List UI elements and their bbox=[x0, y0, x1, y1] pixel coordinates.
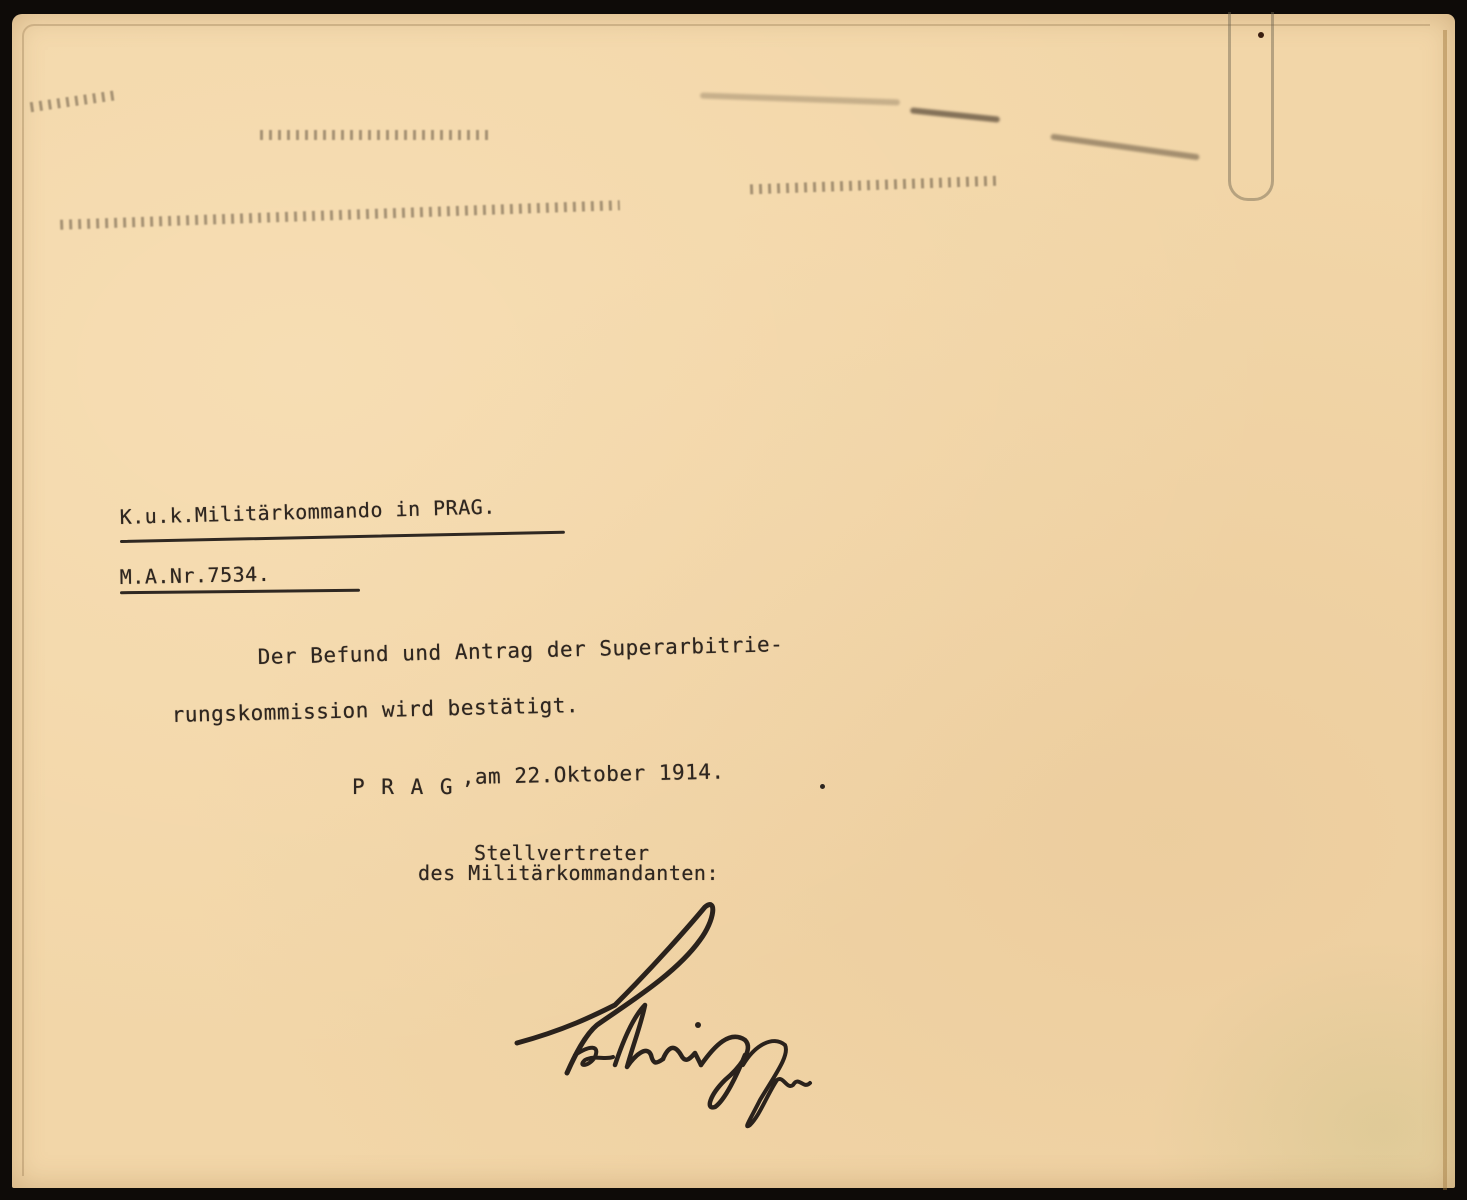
faded-print-smudge bbox=[260, 130, 490, 140]
handwritten-signature: Schrig GM bbox=[505, 895, 835, 1145]
punch-hole bbox=[1258, 32, 1264, 38]
signatory-title-line-2: des Militärkommandanten: bbox=[418, 862, 719, 884]
paperclip-impression bbox=[1228, 12, 1274, 201]
document-scan: K.u.k.Militärkommando in PRAG. M.A.Nr.75… bbox=[0, 0, 1467, 1200]
paper-fold-edge bbox=[1443, 30, 1447, 1190]
place-label: P R A G bbox=[352, 775, 455, 799]
stray-ink-dot bbox=[820, 784, 825, 789]
reference-number: M.A.Nr.7534. bbox=[119, 562, 270, 589]
signature-icon bbox=[505, 895, 835, 1145]
